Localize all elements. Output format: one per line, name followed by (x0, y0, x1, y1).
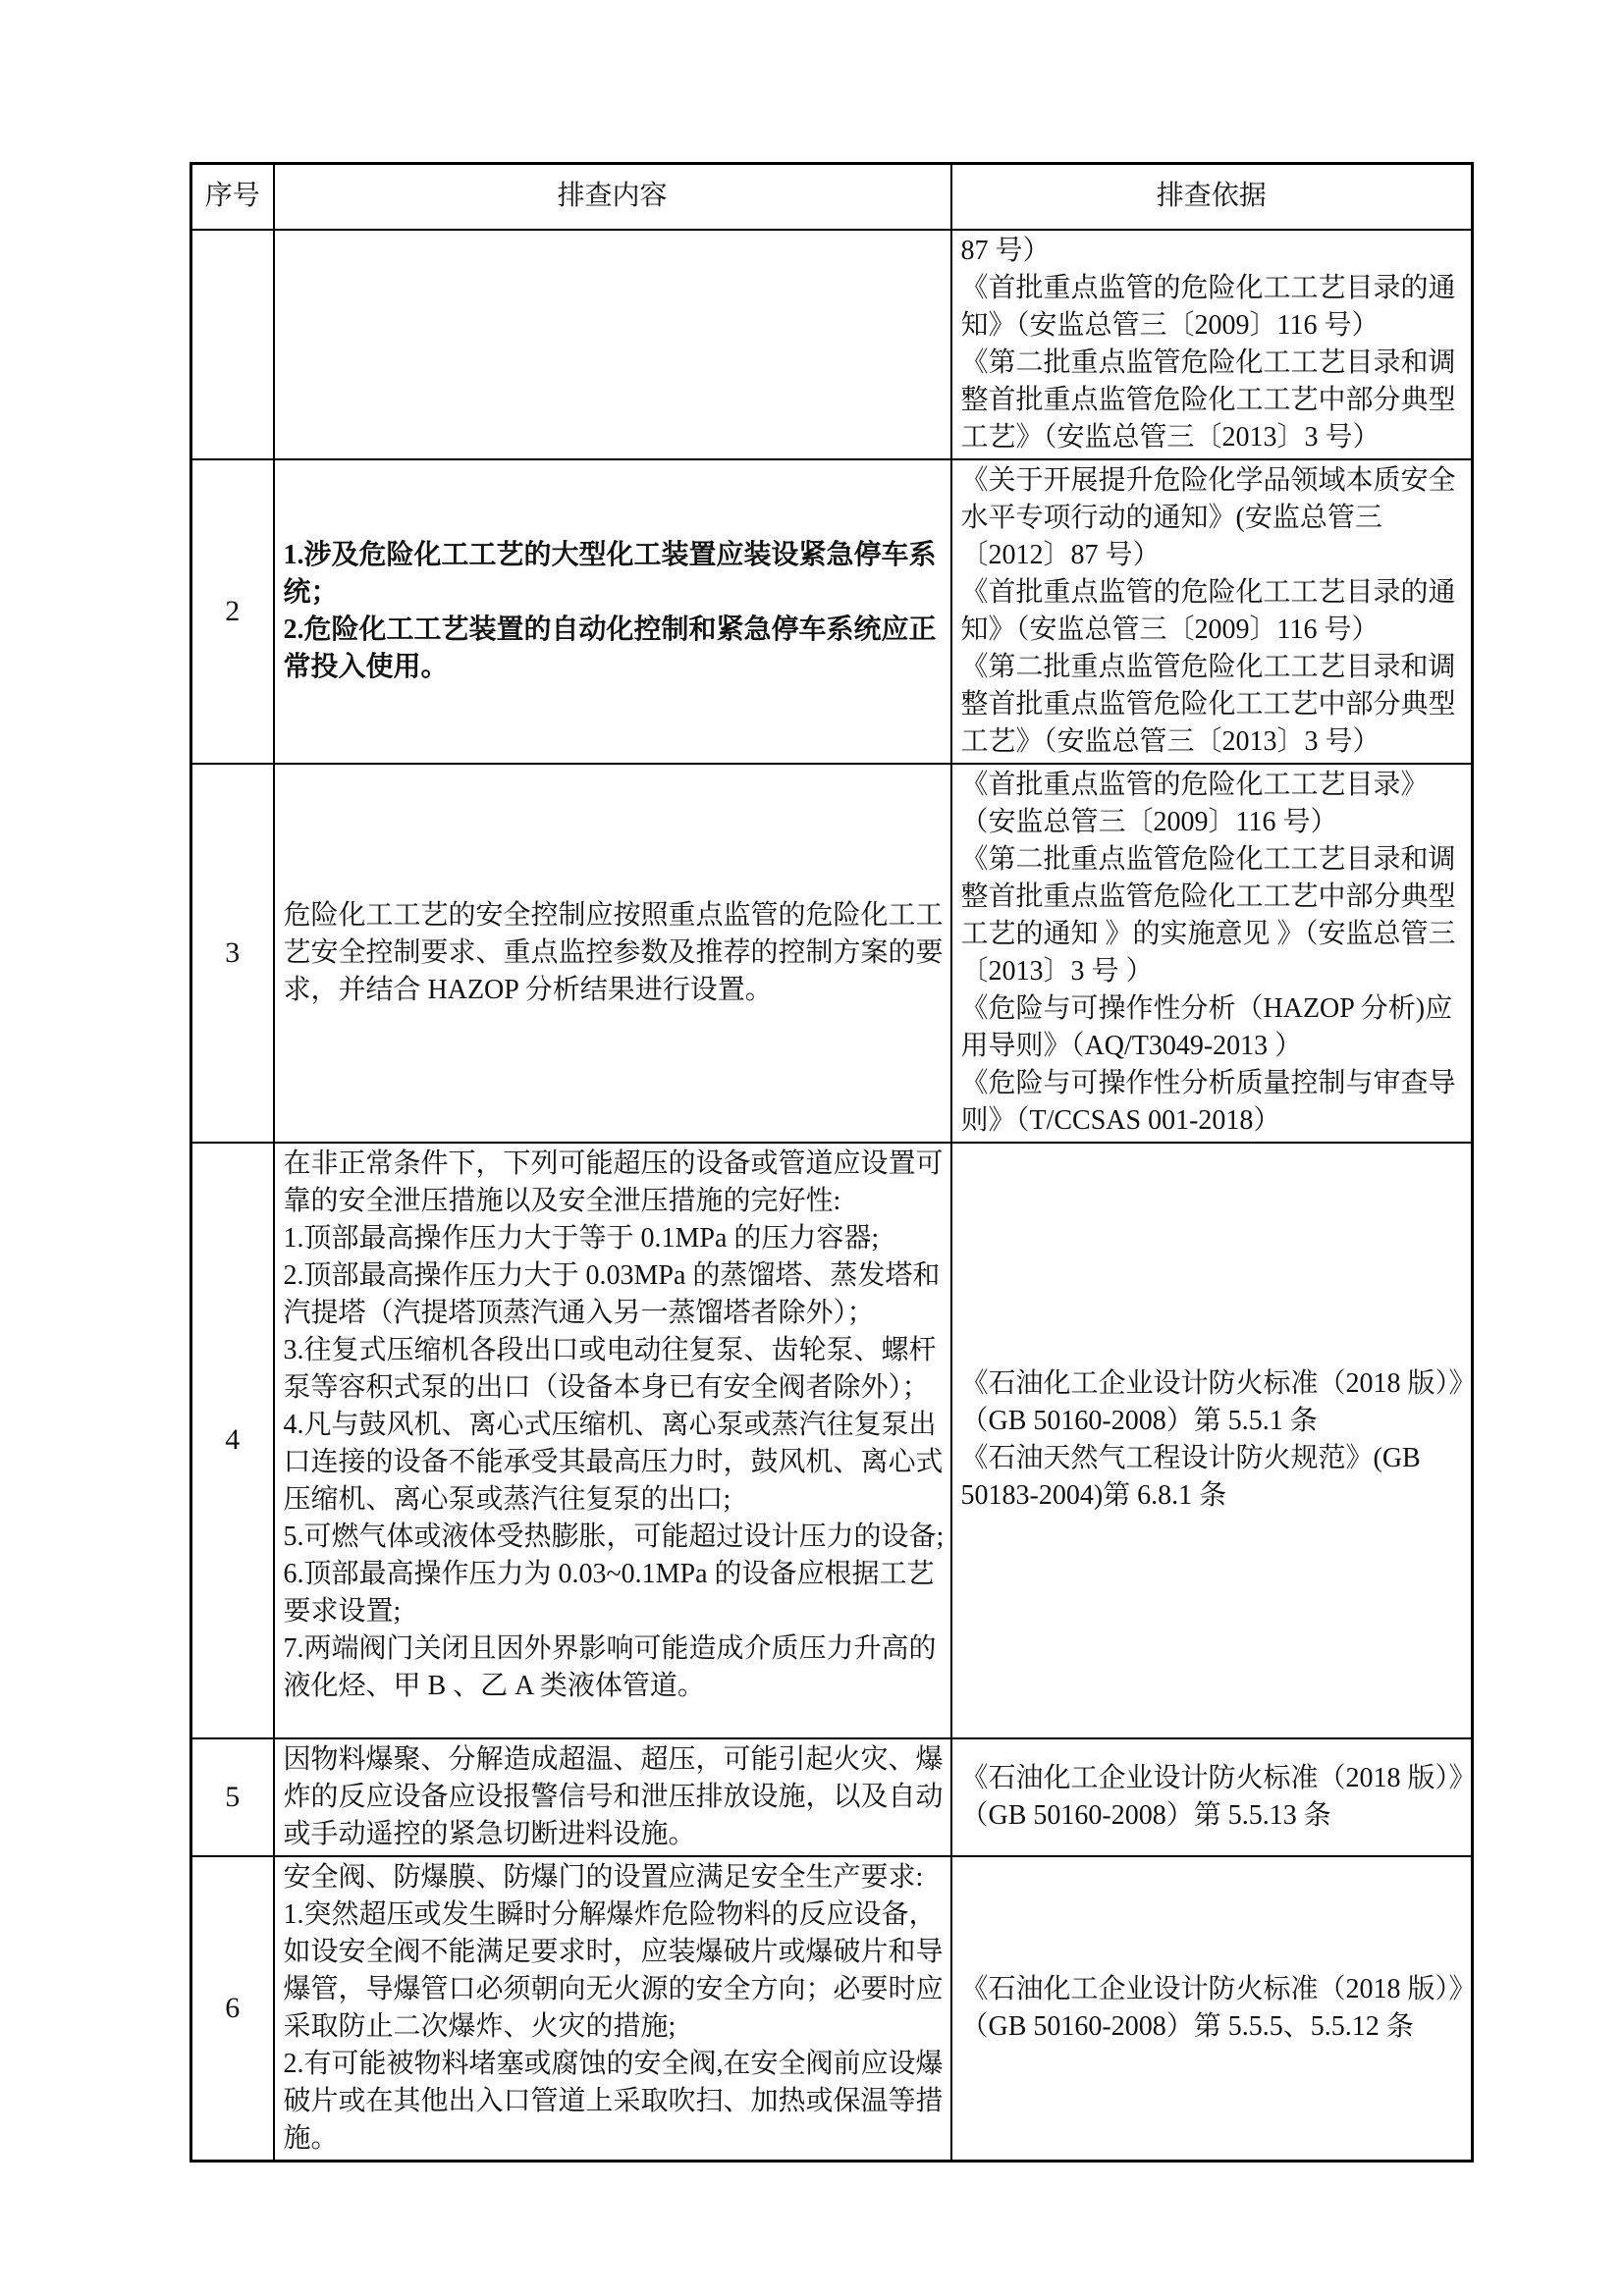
table-row: 5 因物料爆聚、分解造成超温、超压，可能引起火灾、爆炸的反应设备应设报警信号和泄… (191, 1738, 1473, 1856)
inspection-content-cell: 1.涉及危险化工工艺的大型化工装置应装设紧急停车系统； 2.危险化工工艺装置的自… (274, 459, 951, 764)
table-row: 87 号） 《首批重点监管的危险化工工艺目录的通知》（安监总管三〔2009〕11… (191, 230, 1473, 459)
inspection-basis-cell: 《石油化工企业设计防火标准（2018 版）》（GB 50160-2008）第 5… (951, 1738, 1473, 1856)
row-number-cell: 2 (191, 459, 274, 764)
row-number-cell: 3 (191, 764, 274, 1143)
row-number-cell (191, 230, 274, 459)
row-number-cell: 6 (191, 1856, 274, 2162)
document-page: 序号 排查内容 排查依据 87 号） 《首批重点监管的危险化工工艺目录的通知》（… (0, 0, 1624, 2296)
inspection-content-cell: 因物料爆聚、分解造成超温、超压，可能引起火灾、爆炸的反应设备应设报警信号和泄压排… (274, 1738, 951, 1856)
checklist-table: 序号 排查内容 排查依据 87 号） 《首批重点监管的危险化工工艺目录的通知》（… (189, 162, 1474, 2163)
table-row: 3 危险化工工艺的安全控制应按照重点监管的危险化工工艺安全控制要求、重点监控参数… (191, 764, 1473, 1143)
header-basis: 排查依据 (951, 164, 1473, 230)
inspection-basis-cell: 《石油化工企业设计防火标准（2018 版）》（GB 50160-2008）第 5… (951, 1143, 1473, 1738)
row-number-cell: 4 (191, 1143, 274, 1738)
inspection-content-cell: 危险化工工艺的安全控制应按照重点监管的危险化工工艺安全控制要求、重点监控参数及推… (274, 764, 951, 1143)
inspection-basis-cell: 《关于开展提升危险化学品领域本质安全水平专项行动的通知》(安监总管三〔2012〕… (951, 459, 1473, 764)
inspection-content-cell (274, 230, 951, 459)
row-number-cell: 5 (191, 1738, 274, 1856)
inspection-basis-cell: 《首批重点监管的危险化工工艺目录》（安监总管三〔2009〕116 号） 《第二批… (951, 764, 1473, 1143)
header-no: 序号 (191, 164, 274, 230)
inspection-content-cell: 安全阀、防爆膜、防爆门的设置应满足安全生产要求: 1.突然超压或发生瞬时分解爆炸… (274, 1856, 951, 2162)
table-row: 4 在非正常条件下，下列可能超压的设备或管道应设置可靠的安全泄压措施以及安全泄压… (191, 1143, 1473, 1738)
table-row: 2 1.涉及危险化工工艺的大型化工装置应装设紧急停车系统； 2.危险化工工艺装置… (191, 459, 1473, 764)
inspection-content-cell: 在非正常条件下，下列可能超压的设备或管道应设置可靠的安全泄压措施以及安全泄压措施… (274, 1143, 951, 1738)
header-content: 排查内容 (274, 164, 951, 230)
table-row: 6 安全阀、防爆膜、防爆门的设置应满足安全生产要求: 1.突然超压或发生瞬时分解… (191, 1856, 1473, 2162)
inspection-basis-cell: 《石油化工企业设计防火标准（2018 版）》（GB 50160-2008）第 5… (951, 1856, 1473, 2162)
header-row: 序号 排查内容 排查依据 (191, 164, 1473, 230)
inspection-basis-cell: 87 号） 《首批重点监管的危险化工工艺目录的通知》（安监总管三〔2009〕11… (951, 230, 1473, 459)
